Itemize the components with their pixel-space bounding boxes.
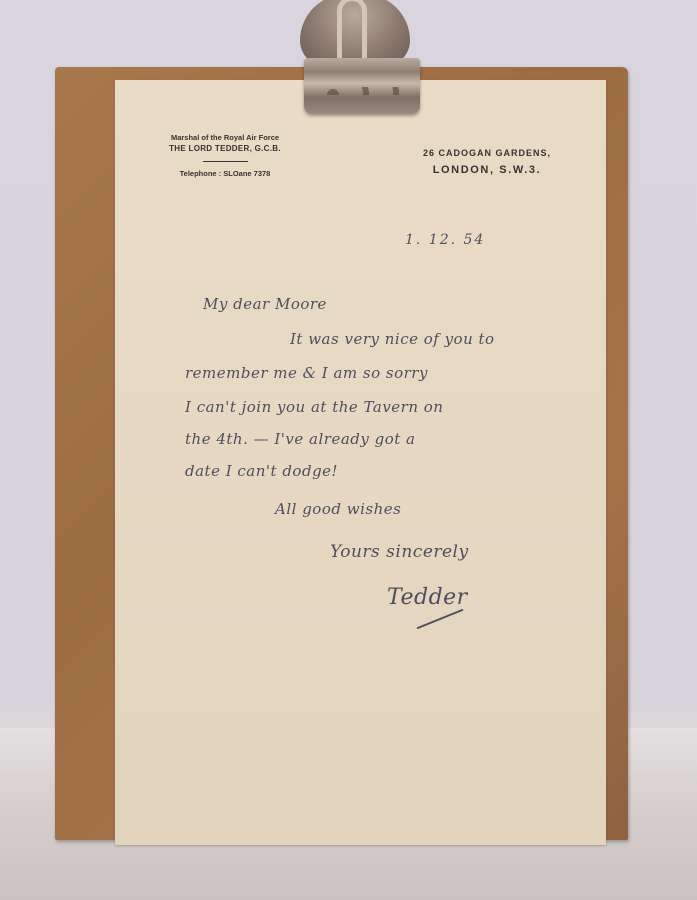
letter-body-line: date I can't dodge!	[185, 462, 338, 480]
signature-flourish	[416, 609, 463, 630]
letter-body-line: remember me & I am so sorry	[185, 364, 428, 382]
letter-sheet: Marshal of the Royal Air Force THE LORD …	[115, 80, 606, 845]
letter-date: 1. 12. 54	[405, 232, 485, 248]
clip-jaw	[304, 58, 420, 114]
sender-telephone: Telephone : SLOane 7378	[145, 168, 305, 179]
address-street: 26 CADOGAN GARDENS,	[387, 146, 587, 160]
letter-closing: Yours sincerely	[330, 542, 469, 562]
letter-signoff: All good wishes	[275, 500, 401, 518]
letter-body-line: the 4th. — I've already got a	[185, 430, 415, 448]
letterhead-divider	[203, 161, 248, 162]
address-city: LONDON, S.W.3.	[387, 160, 587, 180]
letter-signature: Tedder	[387, 585, 468, 610]
clip-wire-handle	[337, 0, 367, 66]
sender-name: THE LORD TEDDER, G.C.B.	[145, 143, 305, 154]
letter-body-line: It was very nice of you to	[290, 330, 495, 348]
letterhead-address: 26 CADOGAN GARDENS, LONDON, S.W.3.	[387, 146, 587, 180]
letter-salutation: My dear Moore	[203, 295, 327, 313]
letterhead-sender: Marshal of the Royal Air Force THE LORD …	[145, 132, 305, 179]
sender-rank: Marshal of the Royal Air Force	[145, 132, 305, 143]
clip-teeth	[318, 87, 408, 95]
letter-body-line: I can't join you at the Tavern on	[185, 398, 443, 416]
binder-clip	[292, 0, 420, 116]
